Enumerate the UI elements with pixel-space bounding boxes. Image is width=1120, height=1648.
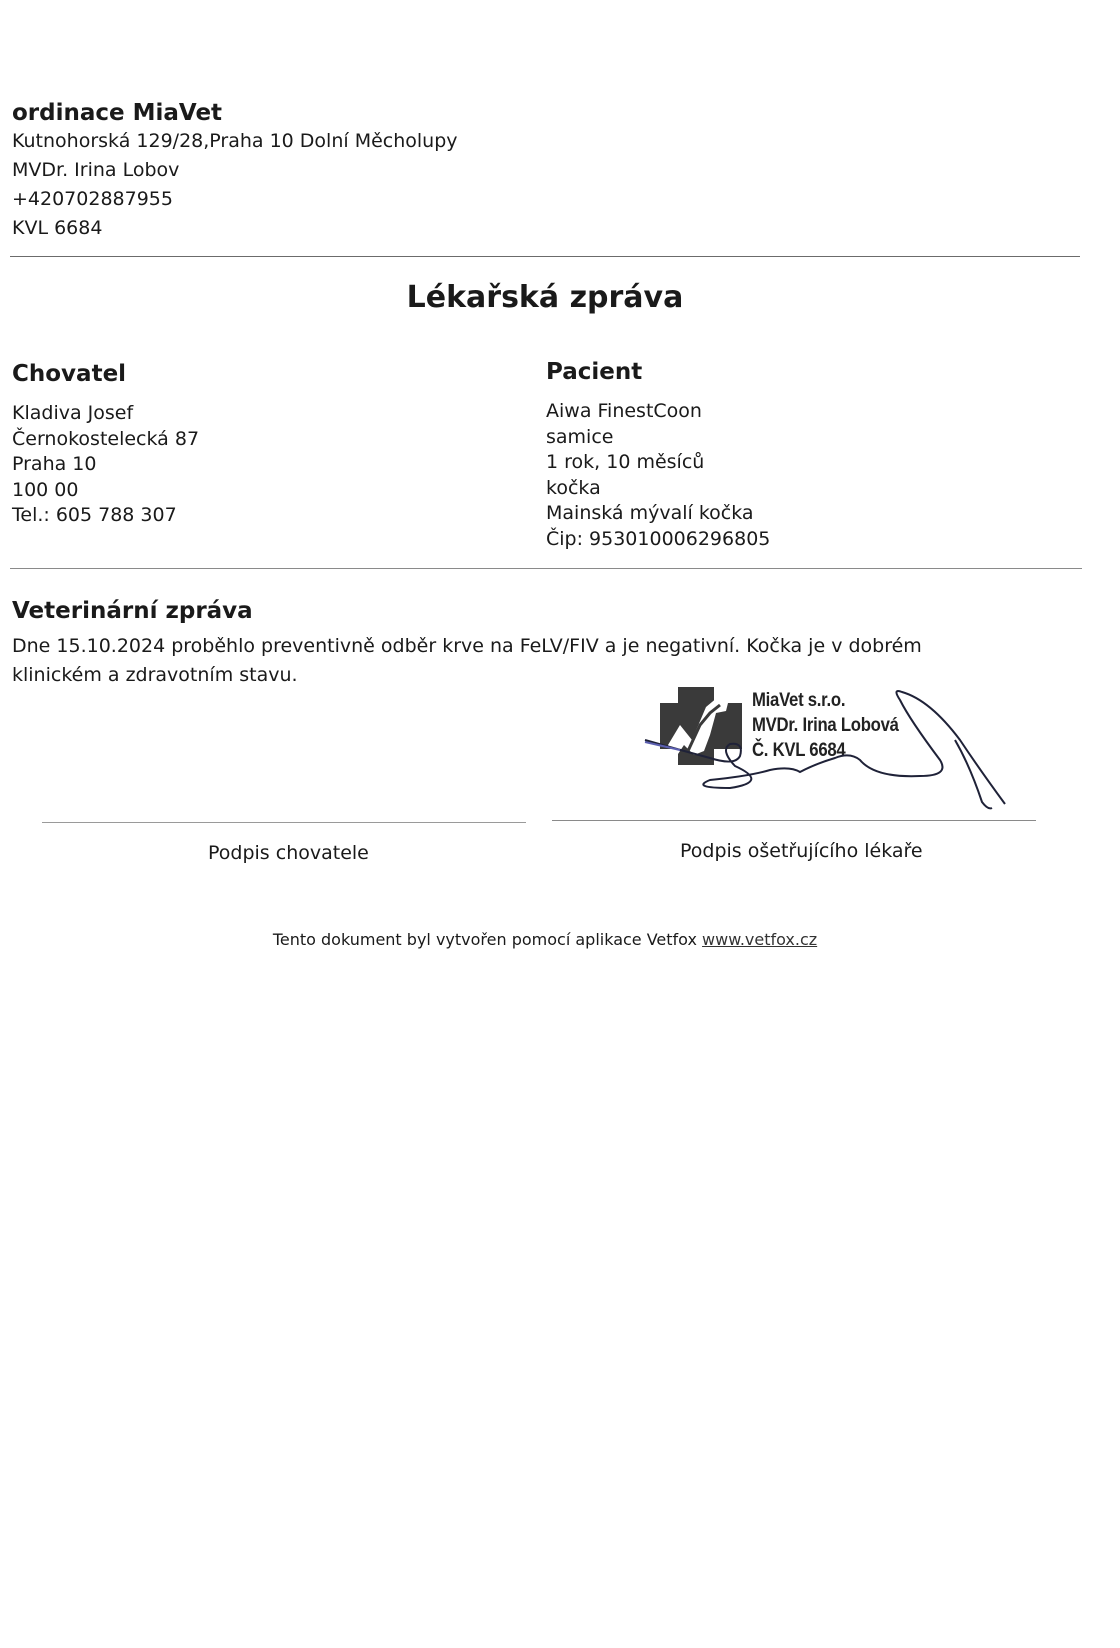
clinic-phone: +420702887955 (12, 188, 173, 210)
owner-section: Chovatel Kladiva Josef Černokostelecká 8… (12, 361, 199, 529)
patient-species: kočka (546, 476, 770, 502)
owner-heading: Chovatel (12, 361, 199, 387)
doctor-signature (640, 680, 1040, 840)
patient-sex: samice (546, 425, 770, 451)
owner-signature-line (42, 822, 526, 823)
owner-phone: Tel.: 605 788 307 (12, 503, 199, 529)
patient-chip: Čip: 953010006296805 (546, 527, 770, 553)
clinic-doctor: MVDr. Irina Lobov (12, 159, 179, 181)
owner-signature-label: Podpis chovatele (208, 842, 369, 864)
patient-heading: Pacient (546, 359, 770, 385)
patient-name: Aiwa FinestCoon (546, 399, 770, 425)
patient-age: 1 rok, 10 měsíců (546, 450, 770, 476)
header-divider (10, 256, 1080, 257)
clinic-name: ordinace MiaVet (12, 100, 222, 126)
footer-text: Tento dokument byl vytvořen pomocí aplik… (273, 930, 702, 949)
patient-breed: Mainská mývalí kočka (546, 501, 770, 527)
owner-zip: 100 00 (12, 478, 199, 504)
footer: Tento dokument byl vytvořen pomocí aplik… (0, 930, 1090, 949)
doctor-signature-label: Podpis ošetřujícího lékaře (680, 840, 923, 862)
patient-section: Pacient Aiwa FinestCoon samice 1 rok, 10… (546, 359, 770, 552)
owner-name: Kladiva Josef (12, 401, 199, 427)
owner-street: Černokostelecká 87 (12, 427, 199, 453)
clinic-kvl: KVL 6684 (12, 217, 102, 239)
document-title: Lékařská zpráva (0, 280, 1090, 315)
clinic-address: Kutnohorská 129/28,Praha 10 Dolní Měchol… (12, 130, 458, 152)
section-divider (10, 568, 1082, 569)
doctor-signature-line (552, 820, 1036, 821)
owner-city: Praha 10 (12, 452, 199, 478)
vetfox-link[interactable]: www.vetfox.cz (702, 930, 817, 949)
report-heading: Veterinární zpráva (12, 598, 253, 624)
